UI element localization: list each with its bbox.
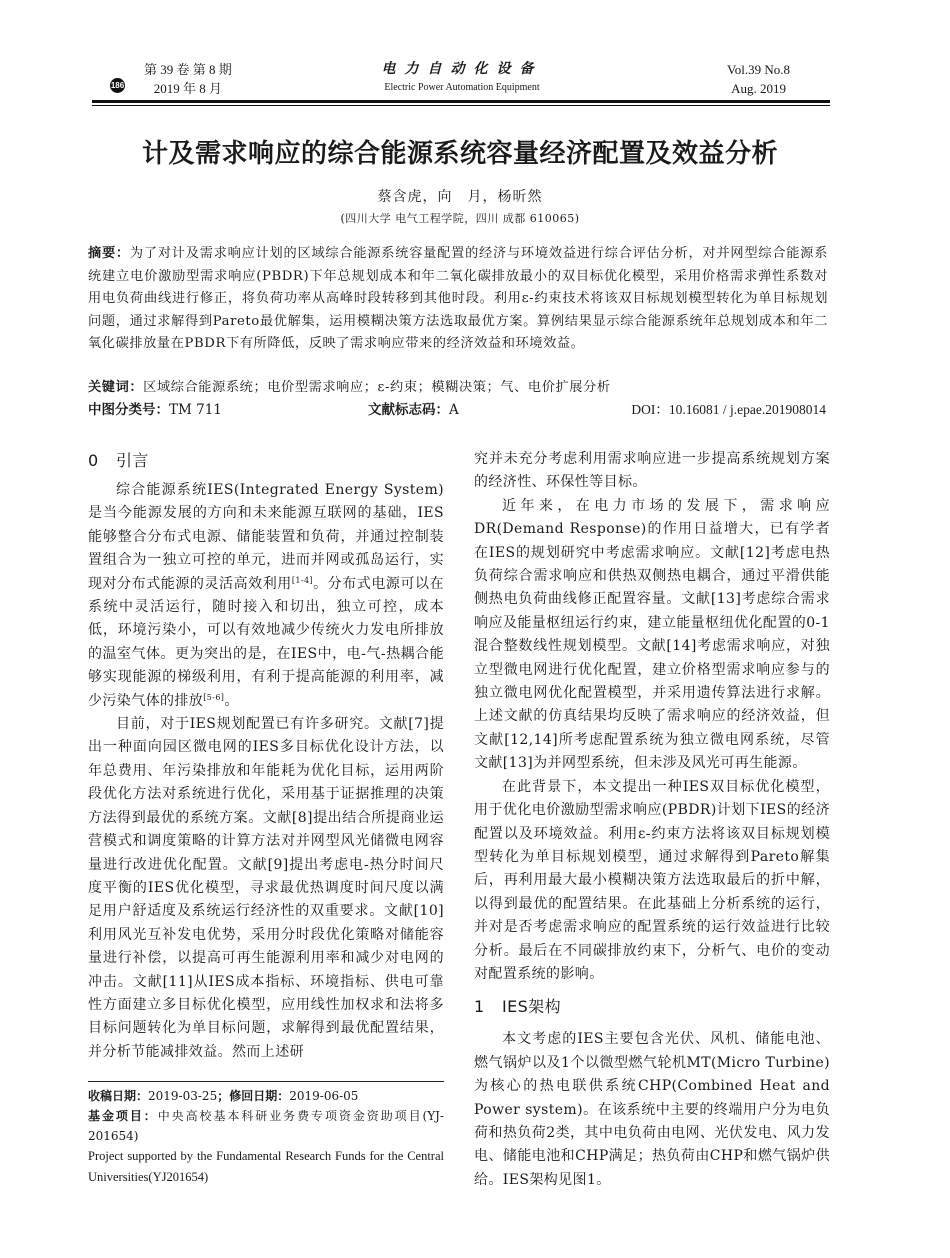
classification-row: 中图分类号：TM 711 文献标志码：A DOI：10.16081 / j.ep… [88,400,828,420]
header-rule-thin [92,105,830,106]
keywords-label: 关键词： [88,380,143,395]
document-code: 文献标志码：A [368,400,459,420]
journal-name: 电力自动化设备 Electric Power Automation Equipm… [342,60,582,96]
doc-code-value: A [449,402,459,418]
clc-number: 中图分类号：TM 711 [88,400,222,420]
abstract-text: 为了对计及需求响应计划的区域综合能源系统容量配置的经济与环境效益进行综合评估分析… [88,246,828,351]
paragraph-text: 。分布式电源可以在系统中灵活运行，随时接入和切出，独立可控，成本低，环境污染小，… [88,576,444,709]
date-en: Aug. 2019 [727,79,790,98]
author-affiliation: (四川大学 电气工程学院，四川 成都 610065) [90,210,830,226]
doi-label: DOI： [631,402,669,417]
footnote-rule [88,1081,444,1082]
doi-value[interactable]: 10.16081 / j.epae.201908014 [669,402,826,417]
paragraph: 近年来，在电力市场的发展下，需求响应DR(Demand Response)的作用… [474,495,830,776]
date-cn: 2019 年 8 月 [144,79,232,98]
paragraph: 目前，对于IES规划配置已有许多研究。文献[7]提出一种面向园区微电网的IES多… [88,713,444,1064]
citation[interactable]: [5-6] [203,693,224,702]
revised-label: ；修回日期： [217,1089,289,1103]
paragraph: 综合能源系统IES(Integrated Energy System)是当今能源… [88,479,444,713]
fund-text-en: Project supported by the Fundamental Res… [88,1146,444,1188]
section-title: IES架构 [502,997,561,1016]
doi[interactable]: DOI：10.16081 / j.epae.201908014 [631,400,826,420]
abstract: 摘要：为了对计及需求响应计划的区域综合能源系统容量配置的经济与环境效益进行综合评… [88,243,828,356]
keywords-text: 区域综合能源系统；电价型需求响应；ε-约束；模糊决策；气、电价扩展分析 [143,380,610,395]
clc-label: 中图分类号： [88,402,169,418]
section-title: 引言 [116,451,149,470]
fund-line: 基金项目：中央高校基本科研业务费专项资金资助项目(YJ-201654) [88,1106,444,1146]
revised-date: 2019-06-05 [289,1089,358,1103]
section-number: 1 [474,994,502,1020]
received-label: 收稿日期： [88,1089,148,1103]
issue-info-cn: 第 39 卷 第 8 期 2019 年 8 月 [144,60,232,98]
body-column-right: 究并未充分考虑利用需求响应进一步提高系统规划方案的经济性、环保性等目标。 近年来… [474,448,830,1192]
section-number: 0 [88,448,116,474]
received-date: 2019-03-25 [148,1089,217,1103]
section-heading-intro: 0引言 [88,448,444,474]
dates-line: 收稿日期：2019-03-25；修回日期：2019-06-05 [88,1086,444,1106]
paragraph-text: 。 [224,693,238,709]
journal-name-en: Electric Power Automation Equipment [342,79,582,96]
doc-code-label: 文献标志码： [368,402,449,418]
paragraph: 究并未充分考虑利用需求响应进一步提高系统规划方案的经济性、环保性等目标。 [474,448,830,495]
paragraph: 本文考虑的IES主要包含光伏、风机、储能电池、燃气锅炉以及1个以微型燃气轮机MT… [474,1028,830,1192]
footnote: 收稿日期：2019-03-25；修回日期：2019-06-05 基金项目：中央高… [88,1086,444,1188]
citation[interactable]: [1-4] [292,576,313,585]
abstract-label: 摘要： [88,246,130,261]
fund-label: 基金项目： [88,1109,158,1123]
body-column-left: 0引言 综合能源系统IES(Integrated Energy System)是… [88,448,444,1064]
running-header: 186 第 39 卷 第 8 期 2019 年 8 月 电力自动化设备 Elec… [92,58,830,104]
journal-name-cn: 电力自动化设备 [342,60,582,79]
page-number-badge: 186 [110,78,125,93]
article-authors: 蔡含虎，向 月，杨昕然 [90,186,830,206]
paragraph: 在此背景下，本文提出一种IES双目标优化模型，用于优化电价激励型需求响应(PBD… [474,776,830,987]
section-heading-architecture: 1IES架构 [474,994,830,1020]
volume-issue-cn: 第 39 卷 第 8 期 [144,60,232,79]
article-title: 计及需求响应的综合能源系统容量经济配置及效益分析 [90,133,830,170]
issue-info-en: Vol.39 No.8 Aug. 2019 [727,60,790,98]
header-rule-thick [92,100,830,103]
volume-issue-en: Vol.39 No.8 [727,60,790,79]
clc-value: TM 711 [169,402,222,418]
keywords: 关键词：区域综合能源系统；电价型需求响应；ε-约束；模糊决策；气、电价扩展分析 [88,378,828,398]
